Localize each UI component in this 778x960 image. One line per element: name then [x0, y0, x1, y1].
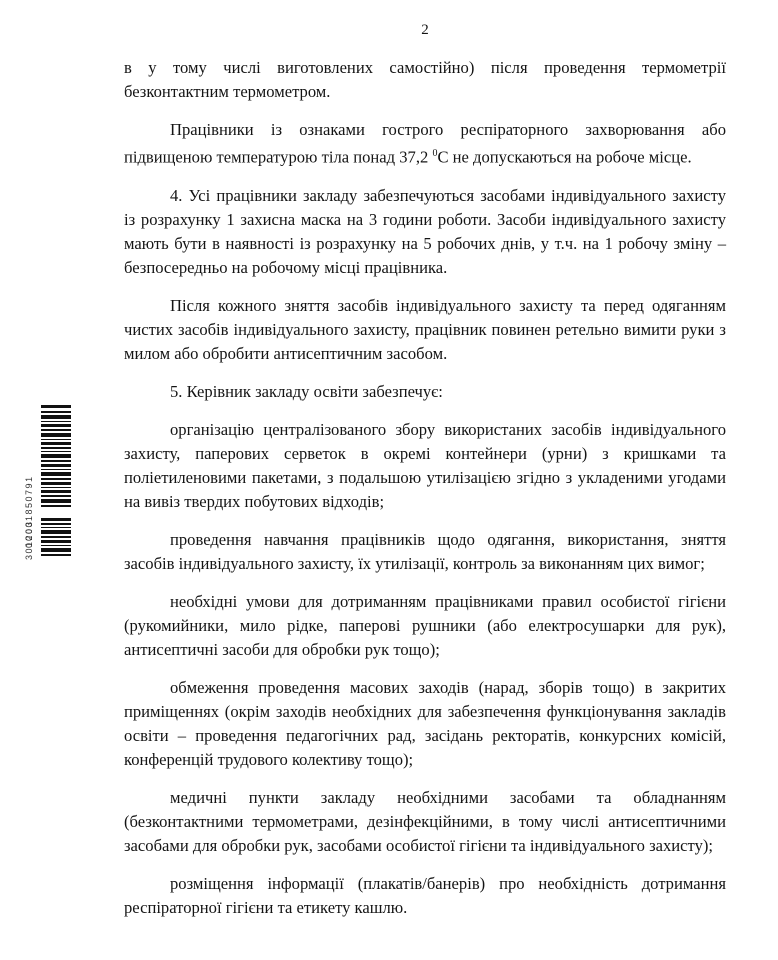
paragraph: 4. Усі працівники закладу забезпечуються…	[124, 184, 726, 280]
paragraph: в у тому числі виготовлених самостійно) …	[124, 56, 726, 104]
list-item: медичні пункти закладу необхідними засоб…	[124, 786, 726, 858]
list-item: обмеження проведення масових заходів (на…	[124, 676, 726, 772]
list-item: необхідні умови для дотриманням працівни…	[124, 590, 726, 662]
document-body: в у тому числі виготовлених самостійно) …	[124, 56, 726, 934]
paragraph: 5. Керівник закладу освіти забезпечує:	[124, 380, 726, 404]
list-item: розміщення інформації (плакатів/банерів)…	[124, 872, 726, 920]
paragraph-text: С не допускаються на робоче місце.	[437, 148, 691, 167]
barcode-icon	[33, 405, 73, 560]
page-number: 2	[0, 22, 778, 39]
list-item: проведення навчання працівників щодо одя…	[124, 528, 726, 576]
list-item: організацію централізованого збору викор…	[124, 418, 726, 514]
paragraph: Працівники із ознаками гострого респірат…	[124, 118, 726, 170]
paragraph: Після кожного зняття засобів індивідуаль…	[124, 294, 726, 366]
